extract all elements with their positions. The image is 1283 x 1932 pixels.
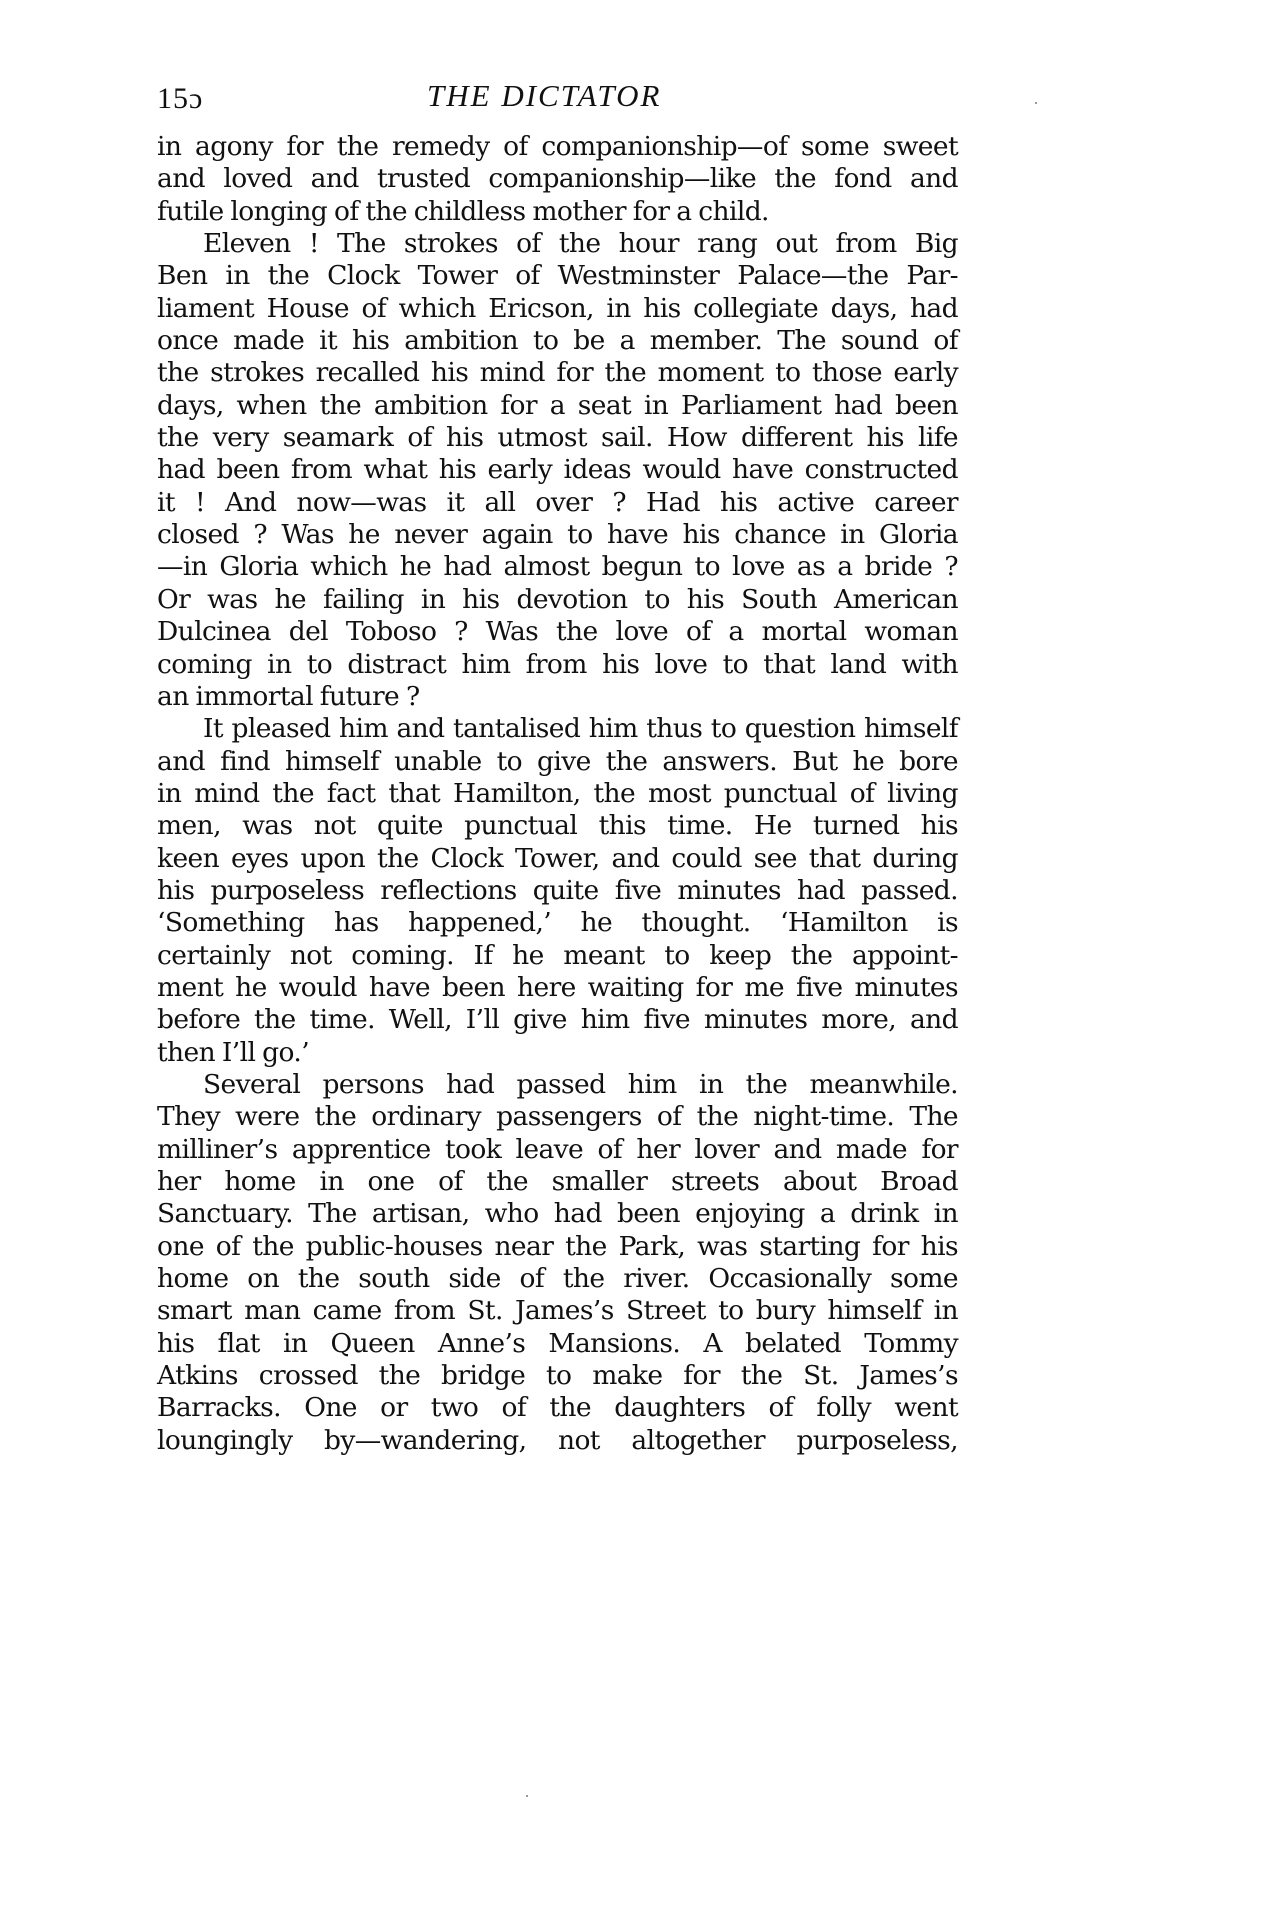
text-line: then I’ll go.’ [157,1037,958,1069]
text-line: futile longing of the childless mother f… [157,196,958,228]
scan-speck [1035,102,1037,104]
text-line: in mind the fact that Hamilton, the most… [157,778,958,810]
running-title: THE DICTATOR [427,78,661,114]
text-line: in agony for the remedy of companionship… [157,131,958,163]
scan-speck [526,1795,528,1797]
text-line: his purposeless reflections quite five m… [157,875,958,907]
text-line: Or was he failing in his devotion to his… [157,584,958,616]
text-line: before the time. Well, I’ll give him fiv… [157,1004,958,1036]
text-line: had been from what his early ideas would… [157,454,958,486]
text-line: the very seamark of his utmost sail. How… [157,422,958,454]
text-line: it ! And now—was it all over ? Had his a… [157,487,958,519]
text-line: closed ? Was he never again to have his … [157,519,958,551]
text-line: —in Gloria which he had almost begun to … [157,551,958,583]
text-line: Eleven ! The strokes of the hour rang ou… [157,228,958,260]
book-page: 15ɔ THE DICTATOR in agony for the remedy… [0,0,1283,1932]
running-head: 15ɔ THE DICTATOR [157,78,958,118]
text-line: loungingly by—wandering, not altogether … [157,1425,958,1457]
text-line: men, was not quite punctual this time. H… [157,810,958,842]
text-line: once made it his ambition to be a member… [157,325,958,357]
text-line: It pleased him and tantalised him thus t… [157,713,958,745]
text-line: Ben in the Clock Tower of Westminster Pa… [157,260,958,292]
text-line: Atkins crossed the bridge to make for th… [157,1360,958,1392]
text-line: home on the south side of the river. Occ… [157,1263,958,1295]
body-text: in agony for the remedy of companionship… [157,131,958,1457]
text-line: Several persons had passed him in the me… [157,1069,958,1101]
page-number: 15ɔ [157,82,203,116]
text-line: liament House of which Ericson, in his c… [157,293,958,325]
text-line: They were the ordinary passengers of the… [157,1101,958,1133]
text-line: an immortal future ? [157,681,958,713]
text-line: keen eyes upon the Clock Tower, and coul… [157,843,958,875]
text-line: Dulcinea del Toboso ? Was the love of a … [157,616,958,648]
text-line: ‘Something has happened,’ he thought. ‘H… [157,907,958,939]
text-line: her home in one of the smaller streets a… [157,1166,958,1198]
text-line: ment he would have been here waiting for… [157,972,958,1004]
text-line: Barracks. One or two of the daughters of… [157,1392,958,1424]
text-line: one of the public-houses near the Park, … [157,1231,958,1263]
text-line: Sanctuary. The artisan, who had been enj… [157,1198,958,1230]
text-line: coming in to distract him from his love … [157,649,958,681]
text-line: the strokes recalled his mind for the mo… [157,357,958,389]
text-line: days, when the ambition for a seat in Pa… [157,390,958,422]
text-line: and find himself unable to give the answ… [157,746,958,778]
text-line: and loved and trusted companionship—like… [157,163,958,195]
text-line: milliner’s apprentice took leave of her … [157,1134,958,1166]
text-line: his flat in Queen Anne’s Mansions. A bel… [157,1328,958,1360]
text-line: smart man came from St. James’s Street t… [157,1295,958,1327]
text-line: certainly not coming. If he meant to kee… [157,940,958,972]
